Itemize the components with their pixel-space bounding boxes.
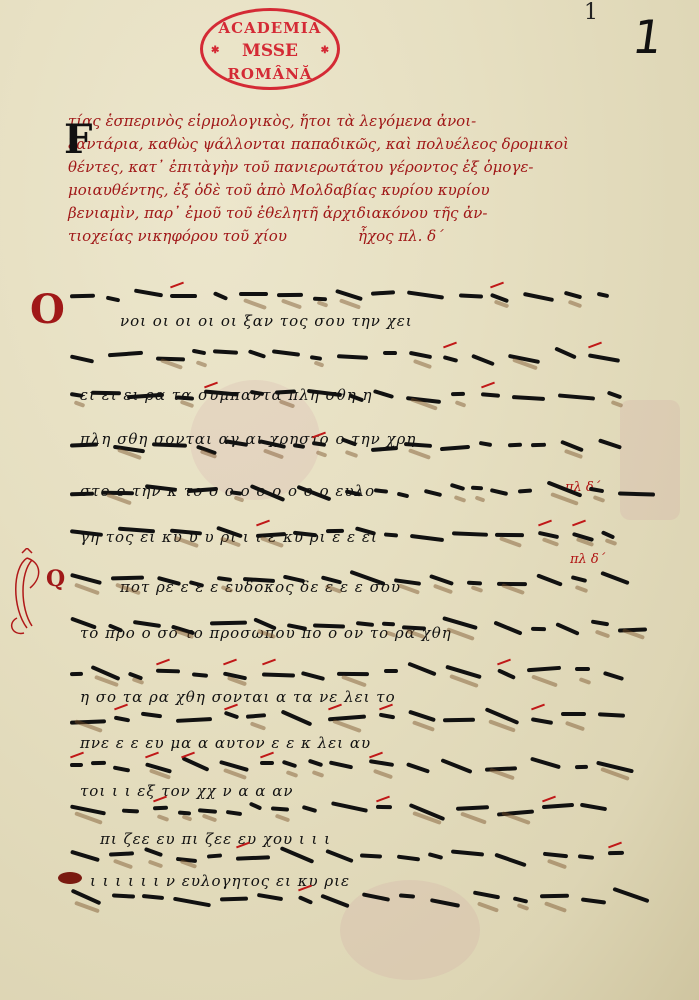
neume-stroke bbox=[376, 805, 392, 809]
neume-stroke-faded bbox=[477, 901, 499, 912]
neume-red-mark bbox=[145, 752, 159, 759]
neume-stroke bbox=[603, 671, 624, 681]
neume-stroke-faded bbox=[157, 814, 170, 822]
neume-stroke bbox=[407, 662, 436, 677]
stamp-line-1: ACADEMIA bbox=[203, 19, 337, 37]
neume-stroke-faded bbox=[311, 770, 324, 778]
neume-stroke bbox=[247, 350, 265, 360]
neume-stroke bbox=[518, 488, 533, 493]
neume-stroke bbox=[598, 438, 622, 449]
neume-stroke-faded bbox=[517, 903, 530, 911]
neume-red-mark bbox=[443, 342, 457, 349]
neume-stroke bbox=[192, 672, 208, 677]
neume-stroke-faded bbox=[274, 814, 289, 823]
neume-stroke bbox=[134, 288, 163, 297]
neume-stroke-faded bbox=[285, 770, 298, 778]
neume-stroke bbox=[225, 810, 241, 816]
neume-stroke bbox=[443, 718, 475, 723]
neume-red-mark bbox=[542, 796, 556, 803]
neume-stroke bbox=[156, 668, 180, 673]
neume-stroke bbox=[181, 756, 209, 772]
neume-stroke-faded bbox=[568, 300, 583, 309]
neume-stroke bbox=[70, 672, 83, 676]
neume-stroke bbox=[301, 671, 325, 681]
neume-red-mark bbox=[257, 520, 271, 527]
neume-stroke bbox=[325, 849, 354, 863]
neume-stroke bbox=[523, 292, 555, 302]
neume-stroke bbox=[564, 291, 582, 300]
neume-stroke bbox=[396, 491, 409, 498]
neume-stroke bbox=[597, 292, 610, 299]
neume-stroke bbox=[70, 492, 94, 497]
neume-stroke bbox=[379, 713, 395, 720]
neume-red-mark bbox=[538, 520, 552, 527]
neume-stroke bbox=[495, 533, 524, 537]
neume-stroke bbox=[173, 897, 211, 908]
neume-stroke bbox=[542, 803, 574, 809]
neume-stroke bbox=[236, 856, 270, 861]
neume-stroke bbox=[555, 346, 578, 359]
neume-stroke bbox=[607, 391, 623, 400]
neume-stroke-faded bbox=[565, 721, 585, 731]
neume-stroke bbox=[409, 351, 433, 359]
neume-stroke bbox=[70, 849, 100, 862]
neume-stroke bbox=[494, 853, 527, 868]
stamp-line-2: MSSE bbox=[203, 41, 337, 61]
neume-stroke-faded bbox=[475, 495, 486, 502]
neume-stroke bbox=[307, 759, 323, 768]
neume-red-mark bbox=[531, 704, 545, 711]
neume-stroke bbox=[451, 392, 465, 396]
lyric-line: ι ι ι ι ι ι ν ευλογητος ει κυ ριε bbox=[90, 872, 350, 890]
neume-stroke bbox=[383, 350, 397, 354]
neume-red-mark bbox=[70, 752, 84, 759]
stamp-line-3: ROMÂNĂ bbox=[203, 65, 337, 83]
neume-stroke bbox=[428, 852, 444, 860]
neume-red-mark bbox=[170, 282, 184, 289]
neume-stroke bbox=[588, 354, 620, 363]
neume-stroke bbox=[170, 294, 197, 298]
neume-red-mark bbox=[608, 842, 622, 849]
neume-stroke bbox=[531, 442, 546, 447]
mode-signature: ἦχος πλ. δ΄ bbox=[358, 227, 444, 245]
neume-stroke bbox=[384, 532, 399, 537]
stamp-star-icon: ✱ bbox=[321, 45, 329, 56]
neume-stroke bbox=[561, 712, 586, 716]
neume-stroke bbox=[449, 483, 465, 491]
neume-stroke bbox=[140, 711, 162, 718]
neume-stroke-faded bbox=[574, 585, 587, 593]
neume-stroke bbox=[153, 806, 168, 811]
neume-stroke bbox=[530, 757, 561, 770]
neume-stroke bbox=[249, 802, 262, 811]
neume-stroke bbox=[531, 717, 553, 725]
neume-stroke bbox=[239, 292, 268, 296]
heading-line: ξαντάρια, καθὼς ψάλλονται παπαδικῶς, καὶ… bbox=[68, 135, 628, 158]
neume-stroke-faded bbox=[332, 719, 362, 733]
neume-stroke bbox=[467, 580, 482, 585]
library-stamp: ACADEMIA ✱ MSSE ✱ ROMÂNĂ bbox=[200, 8, 340, 90]
neume-stroke bbox=[371, 290, 395, 295]
neume-stroke bbox=[452, 531, 488, 537]
neume-stroke-faded bbox=[532, 674, 559, 687]
neume-stroke bbox=[600, 571, 629, 585]
neume-stroke bbox=[298, 895, 313, 905]
neume-stroke-faded bbox=[281, 299, 302, 310]
heading-line: τιοχείας νικηφόρου τοῦ χίου ἦχος πλ. δ΄ bbox=[68, 227, 628, 250]
neume-stroke bbox=[536, 573, 563, 586]
neume-stroke bbox=[207, 853, 222, 858]
heading-line: τίας ἑσπερινὸς εἱρμολογικὸς, ἤτοι τὰ λεγ… bbox=[68, 112, 628, 135]
neume-stroke bbox=[260, 761, 274, 765]
lyric-line: πλη σθη σονται αγ αι χρηστο ο την χρη bbox=[80, 430, 416, 448]
neume-stroke bbox=[612, 887, 649, 903]
neume-stroke bbox=[451, 849, 484, 856]
neume-stroke bbox=[329, 760, 354, 769]
neume-stroke bbox=[608, 851, 624, 855]
neume-stroke bbox=[424, 489, 443, 497]
heading-line: βενιαμὶν, παρ᾽ ἐμοῦ τοῦ ἐθελητῆ ἀρχιδιακ… bbox=[68, 204, 628, 227]
neume-stroke-faded bbox=[461, 812, 487, 825]
neume-stroke bbox=[513, 896, 529, 903]
neume-red-mark bbox=[260, 752, 274, 759]
neume-stroke bbox=[369, 759, 394, 767]
neume-stroke bbox=[575, 667, 590, 671]
red-initial-dot bbox=[58, 872, 82, 884]
neume-stroke bbox=[381, 621, 394, 626]
neume-stroke bbox=[456, 805, 489, 811]
folio-number-handwritten: 1 bbox=[629, 10, 666, 64]
neume-stroke bbox=[198, 808, 217, 813]
neume-stroke bbox=[577, 855, 593, 861]
neume-stroke bbox=[370, 446, 397, 452]
neume-red-mark bbox=[572, 520, 586, 527]
red-initial-q: Q bbox=[46, 566, 65, 592]
neume-stroke bbox=[384, 669, 398, 673]
neume-stroke-faded bbox=[148, 860, 164, 869]
neume-red-mark bbox=[497, 659, 511, 666]
neume-stroke bbox=[281, 759, 296, 767]
neume-stroke-faded bbox=[408, 448, 431, 460]
neume-stroke bbox=[471, 353, 495, 366]
neume-red-mark bbox=[481, 382, 495, 389]
neume-stroke-faded bbox=[455, 400, 467, 408]
neume-stroke bbox=[471, 486, 484, 491]
neume-stroke bbox=[458, 293, 482, 298]
neume-stroke bbox=[373, 389, 394, 399]
heading-line: μοιαυθέντης, ἐξ ὁδὲ τοῦ ἀπὸ Μολδαβίας κυ… bbox=[68, 181, 628, 204]
neume-stroke-faded bbox=[547, 859, 567, 870]
neume-stroke bbox=[280, 710, 312, 727]
neume-stroke bbox=[481, 392, 500, 398]
neume-stroke bbox=[70, 294, 95, 299]
heading-line: θέντες, κατ᾽ ἐπιτὰγὴν τοῦ πανιερωτάτου γ… bbox=[68, 158, 628, 181]
neume-stroke-faded bbox=[610, 400, 623, 408]
neume-stroke bbox=[271, 349, 299, 356]
neume-stroke-faded bbox=[74, 583, 100, 596]
folio-number-printed: 1 bbox=[584, 0, 598, 25]
neume-stroke bbox=[508, 442, 522, 447]
neume-stroke bbox=[270, 807, 289, 812]
neume-stroke bbox=[408, 710, 436, 723]
neume-stroke bbox=[109, 852, 134, 857]
neume-stroke-faded bbox=[113, 859, 133, 870]
neume-stroke bbox=[91, 761, 106, 765]
neume-stroke bbox=[497, 668, 516, 679]
neume-stroke bbox=[301, 805, 316, 813]
neume-stroke-faded bbox=[544, 901, 567, 913]
neume-stroke bbox=[220, 897, 248, 902]
neume-stroke bbox=[490, 488, 508, 496]
neume-stroke bbox=[144, 847, 163, 857]
neume-stroke bbox=[262, 673, 295, 678]
neume-stroke-faded bbox=[182, 814, 193, 821]
neume-stroke bbox=[223, 710, 238, 719]
decorated-initial: F bbox=[64, 116, 92, 163]
neume-stroke bbox=[337, 354, 368, 360]
neume-stroke bbox=[331, 801, 368, 813]
martyria-sign: πλ δ΄ bbox=[570, 552, 605, 567]
neume-stroke bbox=[106, 296, 121, 303]
neume-stroke bbox=[113, 765, 130, 772]
neume-stroke-faded bbox=[373, 769, 393, 779]
neume-stroke bbox=[114, 715, 130, 722]
neume-stroke bbox=[112, 893, 135, 898]
neume-stroke bbox=[191, 349, 206, 356]
neume-stroke bbox=[176, 717, 212, 723]
neume-stroke bbox=[527, 666, 561, 672]
neume-stroke bbox=[246, 713, 266, 719]
ornate-initial-icon bbox=[2, 548, 52, 638]
neume-red-mark bbox=[262, 659, 276, 666]
neume-stroke bbox=[555, 622, 580, 636]
lyric-line: πνε ε ε ευ μα α αυτον ε ε κ λει αυ bbox=[80, 734, 371, 752]
neume-stroke-faded bbox=[499, 536, 522, 548]
heading-block: F τίας ἑσπερινὸς εἱρμολογικὸς, ἤτοι τὰ λ… bbox=[68, 112, 628, 250]
neume-stroke bbox=[397, 854, 420, 861]
manuscript-page: ACADEMIA ✱ MSSE ✱ ROMÂNĂ 1 1 F τίας ἑσπε… bbox=[0, 0, 699, 1000]
neume-stroke bbox=[213, 350, 238, 355]
neume-red-mark bbox=[490, 282, 504, 289]
neume-stroke-faded bbox=[412, 720, 435, 732]
neume-stroke-faded bbox=[453, 495, 466, 503]
neume-stroke-faded bbox=[471, 585, 483, 593]
neume-stroke bbox=[441, 758, 473, 774]
neume-stroke bbox=[571, 576, 587, 584]
lyric-line: πι ζεε ευ πι ζεε ευ χου ι ι ι bbox=[100, 830, 331, 848]
neume-stroke bbox=[558, 393, 595, 400]
neume-stroke-faded bbox=[250, 721, 266, 730]
neume-stroke bbox=[580, 803, 607, 812]
lyric-line: τοι ι ι εξ τον χχ ν α α αν bbox=[80, 782, 293, 800]
neume-stroke bbox=[440, 444, 470, 450]
neume-stroke-faded bbox=[243, 298, 267, 310]
bleed-through-stain bbox=[620, 400, 680, 520]
neume-stroke-faded bbox=[413, 359, 432, 369]
neume-stroke bbox=[70, 392, 84, 398]
neume-stroke bbox=[598, 712, 625, 718]
neume-stroke-faded bbox=[344, 450, 358, 458]
neume-stroke-faded bbox=[314, 360, 325, 367]
neume-stroke bbox=[360, 854, 382, 859]
neume-stroke bbox=[70, 354, 94, 363]
neume-red-mark bbox=[369, 752, 383, 759]
neume-stroke bbox=[512, 395, 545, 401]
neume-red-mark bbox=[377, 796, 391, 803]
neume-stroke bbox=[321, 894, 351, 909]
neume-stroke bbox=[543, 852, 568, 859]
neume-stroke bbox=[142, 894, 164, 900]
neume-stroke bbox=[531, 627, 546, 631]
neume-red-mark bbox=[223, 659, 237, 666]
red-initial-o: O bbox=[30, 286, 65, 333]
neume-stroke bbox=[108, 351, 143, 358]
neume-red-mark bbox=[588, 342, 602, 349]
heading-line-text: τιοχείας νικηφόρου τοῦ χίου bbox=[68, 227, 287, 245]
neume-stroke bbox=[212, 291, 227, 301]
neume-stroke bbox=[406, 762, 430, 774]
neume-stroke bbox=[374, 488, 389, 494]
neume-stroke bbox=[429, 574, 454, 586]
neume-stroke bbox=[122, 809, 139, 814]
neume-stroke-faded bbox=[579, 677, 591, 685]
neume-stroke bbox=[442, 355, 458, 363]
neume-stroke bbox=[540, 894, 569, 899]
neume-stroke bbox=[277, 293, 303, 297]
neume-stroke bbox=[280, 846, 315, 864]
neume-stroke bbox=[257, 893, 283, 901]
lyric-line: νοι οι οι οι οι ξαν τος σου την χει bbox=[120, 312, 413, 330]
neume-stroke-faded bbox=[604, 538, 616, 546]
neume-stroke bbox=[473, 891, 501, 900]
neume-stroke bbox=[407, 290, 444, 299]
neume-stroke bbox=[479, 441, 493, 447]
neume-stroke bbox=[326, 529, 344, 533]
neume-stroke-faded bbox=[592, 495, 605, 503]
neume-stroke-faded bbox=[595, 630, 610, 639]
neume-stroke bbox=[575, 765, 588, 769]
neume-stroke-faded bbox=[202, 814, 217, 823]
neume-red-mark bbox=[156, 659, 170, 666]
neume-stroke-faded bbox=[316, 300, 328, 308]
neume-stroke-faded bbox=[195, 360, 207, 368]
neume-stroke bbox=[591, 620, 610, 627]
neume-stroke bbox=[581, 898, 606, 905]
neume-stroke bbox=[410, 534, 444, 542]
neume-stroke-faded bbox=[341, 675, 366, 688]
neume-stroke bbox=[493, 620, 522, 635]
neume-stroke bbox=[70, 763, 83, 767]
